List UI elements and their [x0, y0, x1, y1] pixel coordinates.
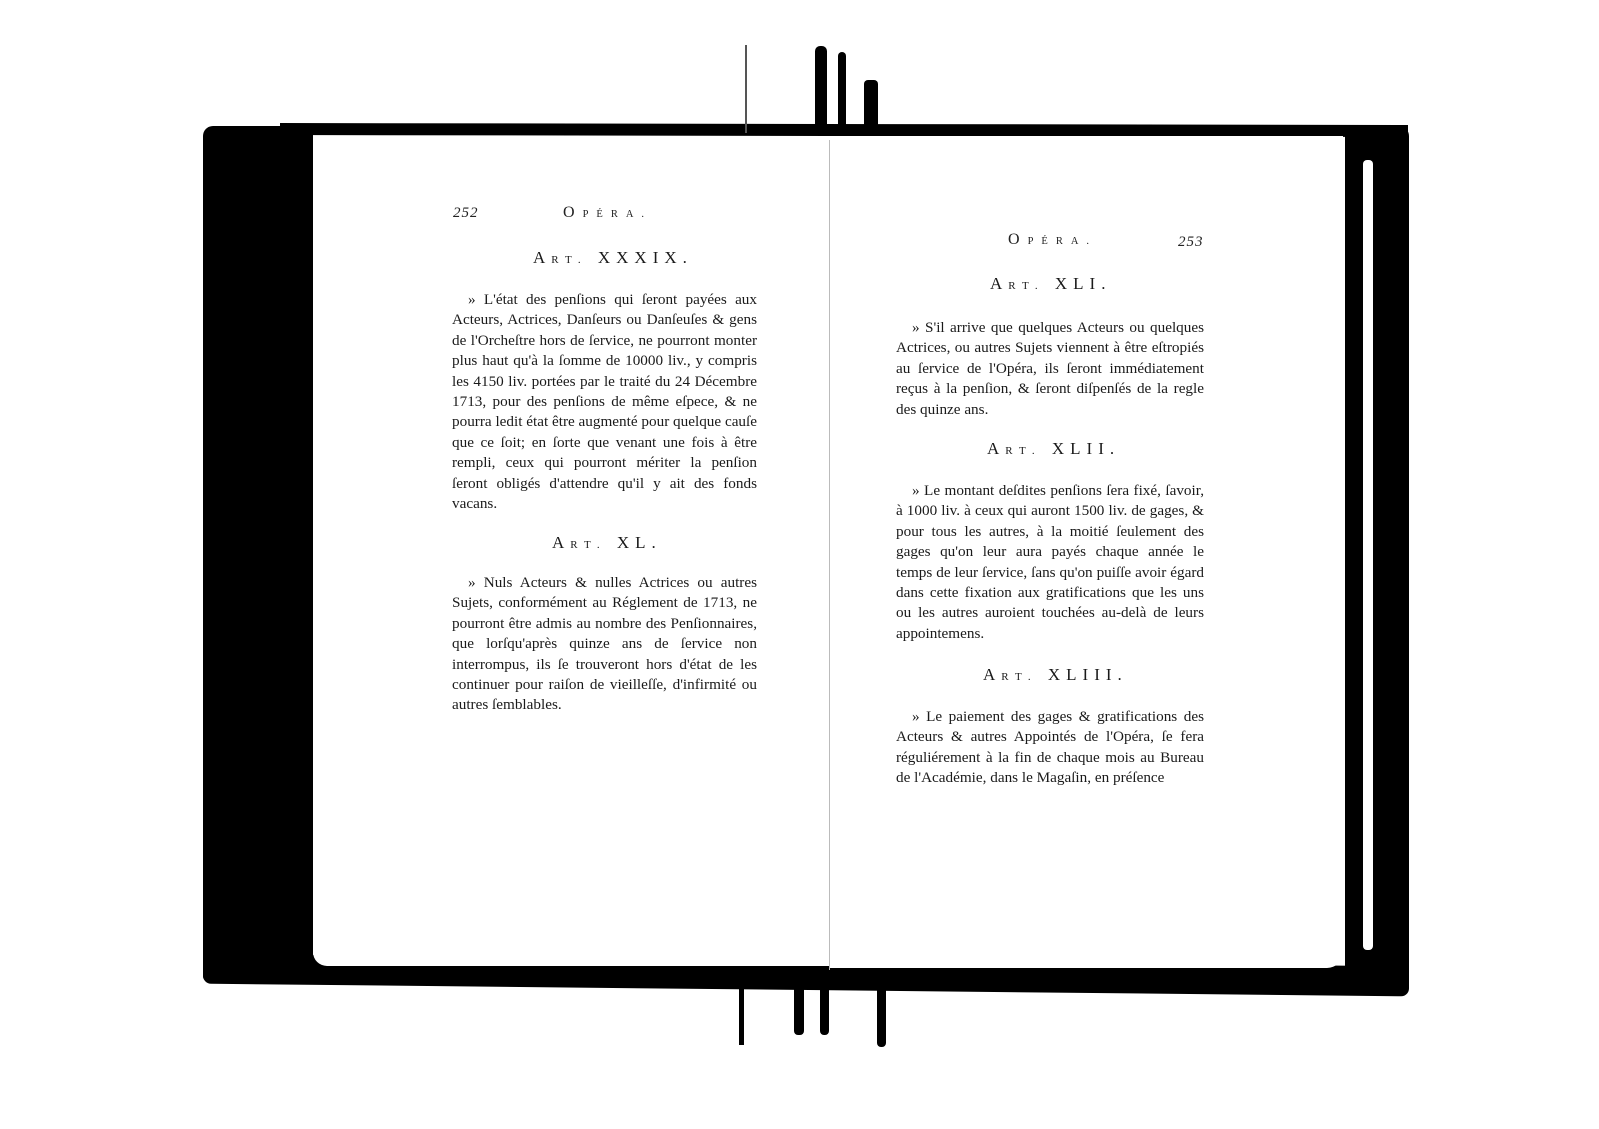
ribbon-marker	[838, 52, 846, 134]
page-curl-shadow	[1350, 150, 1364, 400]
ribbon-thread	[745, 45, 747, 133]
page-number-left: 252	[453, 205, 479, 222]
article-text: » Le paiement des gages & gratifications…	[896, 707, 1204, 789]
article-heading: ART. XXXIX.	[533, 248, 693, 268]
ribbon-marker	[815, 46, 827, 134]
article-text: » Le montant deſdites penſions ſera fixé…	[896, 481, 1204, 644]
running-head-left: OPÉRA.	[563, 204, 652, 222]
ribbon-marker	[739, 985, 744, 1045]
ribbon-marker	[820, 985, 829, 1035]
article-heading: ART. XLIII.	[983, 665, 1128, 685]
article-text: » S'il arrive que quelques Acteurs ou qu…	[896, 318, 1204, 420]
article-text: » L'état des penſions qui ſeront payées …	[452, 290, 757, 514]
page-number-right: 253	[1178, 234, 1204, 251]
ribbon-marker	[864, 80, 878, 134]
ribbon-marker	[794, 985, 804, 1035]
page-curl	[1363, 160, 1373, 950]
article-heading: ART. XL.	[552, 533, 662, 553]
article-heading: ART. XLI.	[990, 274, 1111, 294]
running-head-right: OPÉRA.	[1008, 231, 1097, 249]
article-heading: ART. XLII.	[987, 439, 1120, 459]
book-cover-left-edge	[203, 126, 313, 982]
ribbon-marker	[877, 985, 886, 1047]
article-text: » Nuls Acteurs & nulles Actrices ou autr…	[452, 573, 757, 716]
gutter-line	[829, 140, 830, 970]
